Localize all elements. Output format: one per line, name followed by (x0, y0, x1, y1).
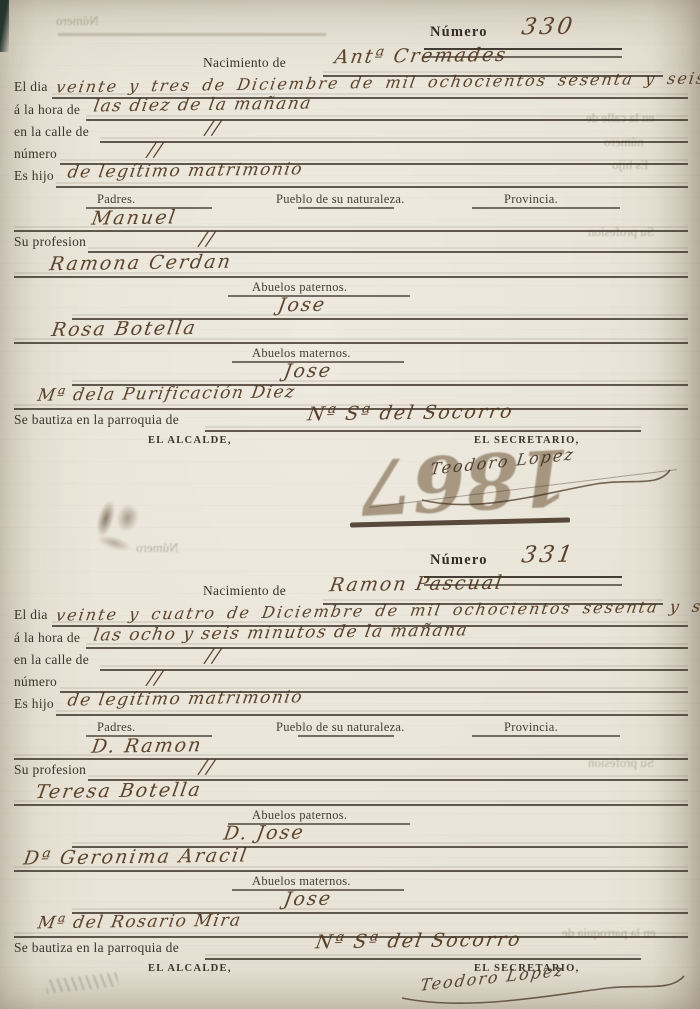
birth-date-handwritten: veinte y cuatro de Diciembre de mil ocho… (55, 596, 700, 624)
field-rule (56, 186, 688, 188)
profession-ditto-mark: // (198, 228, 216, 250)
parents-header: Padres. (97, 192, 136, 207)
paternal-grandmother-handwritten: Dª Geronima Aracil (22, 844, 250, 869)
house-number-ditto-mark: // (146, 667, 164, 689)
field-rule (205, 430, 641, 432)
house-number-label: número (14, 146, 57, 162)
field-rule (86, 647, 688, 649)
profession-label: Su profesion (14, 234, 86, 250)
field-rule (14, 870, 688, 872)
hour-label: á la hora de (14, 630, 80, 646)
maternal-grandfather-handwritten: Jose (282, 888, 334, 911)
legitimacy-label: Es hijo (14, 696, 54, 712)
numero-value-handwritten: 331 (520, 542, 577, 569)
street-label: en la calle de (14, 124, 89, 140)
field-rule (14, 342, 688, 344)
province-header: Provincia. (504, 192, 558, 207)
child-name-handwritten: Antª Cremades (333, 44, 509, 68)
baptism-label: Se bautiza en la parroquia de (14, 412, 179, 428)
profession-label: Su profesion (14, 762, 86, 778)
header-rule (472, 207, 620, 209)
nacimiento-label: Nacimiento de (203, 583, 286, 599)
parents-header: Padres. (97, 720, 136, 735)
birth-hour-handwritten: las diez de la mañana (92, 93, 313, 116)
signature-flourish (418, 462, 676, 518)
father-name-handwritten: Manuel (90, 206, 178, 229)
day-label: El dia (14, 79, 48, 95)
mother-name-handwritten: Ramona Cerdan (48, 251, 234, 276)
maternal-grandfather-handwritten: Jose (282, 360, 334, 383)
birthplace-header: Pueblo de su naturaleza. (276, 192, 405, 207)
birthplace-header: Pueblo de su naturaleza. (276, 720, 405, 735)
child-name-handwritten: Ramon Pascual (328, 572, 505, 596)
field-rule (14, 804, 688, 806)
field-rule (14, 758, 688, 760)
house-number-label: número (14, 674, 57, 690)
maternal-grandparents-header: Abuelos maternos. (252, 874, 351, 889)
field-rule (100, 669, 688, 671)
street-ditto-mark: // (204, 645, 222, 667)
legitimacy-handwritten: de legítimo matrimonio (66, 687, 305, 710)
province-header: Provincia. (504, 720, 558, 735)
field-rule (14, 276, 688, 278)
field-rule (86, 119, 688, 121)
street-ditto-mark: // (204, 117, 222, 139)
baptism-label: Se bautiza en la parroquia de (14, 940, 179, 956)
field-rule (205, 958, 641, 960)
mother-name-handwritten: Teresa Botella (34, 779, 204, 803)
mayor-label: EL ALCALDE, (148, 963, 232, 974)
header-rule (472, 735, 620, 737)
header-rule (298, 207, 394, 209)
legitimacy-handwritten: de legítimo matrimonio (66, 159, 305, 182)
nacimiento-label: Nacimiento de (203, 55, 286, 71)
field-rule (14, 230, 688, 232)
paternal-grandparents-header: Abuelos paternos. (252, 280, 347, 295)
birth-record-331: Número 331 Nacimiento de Ramon Pascual E… (0, 546, 700, 996)
profession-ditto-mark: // (198, 756, 216, 778)
father-name-handwritten: D. Ramon (90, 734, 204, 758)
numero-label: Número (430, 552, 488, 569)
numero-value-handwritten: 330 (520, 14, 577, 41)
paternal-grandfather-handwritten: D. Jose (222, 821, 306, 844)
hour-label: á la hora de (14, 102, 80, 118)
parish-handwritten: Nª Sª del Socorro (306, 401, 515, 426)
parish-handwritten: Nª Sª del Socorro (314, 929, 523, 954)
paternal-grandfather-handwritten: Jose (276, 294, 328, 317)
birth-date-handwritten: veinte y tres de Diciembre de mil ochoci… (55, 68, 700, 96)
day-label: El dia (14, 607, 48, 623)
field-rule (56, 714, 688, 716)
street-label: en la calle de (14, 652, 89, 668)
header-rule (298, 735, 394, 737)
field-rule (100, 141, 688, 143)
paternal-grandmother-handwritten: Rosa Botella (50, 317, 199, 341)
signature-flourish (398, 972, 688, 1009)
maternal-grandparents-header: Abuelos maternos. (252, 346, 351, 361)
maternal-grandmother-handwritten: Mª dela Purificación Diez (36, 382, 297, 406)
legitimacy-label: Es hijo (14, 168, 54, 184)
house-number-ditto-mark: // (146, 139, 164, 161)
numero-label: Número (430, 24, 488, 41)
birth-record-330: Número 330 Nacimiento de Antª Cremades E… (0, 18, 700, 468)
maternal-grandmother-handwritten: Mª del Rosario Mira (36, 911, 243, 934)
birth-hour-handwritten: las ocho y seis minutos de la mañana (92, 620, 470, 645)
mayor-label: EL ALCALDE, (148, 435, 232, 446)
